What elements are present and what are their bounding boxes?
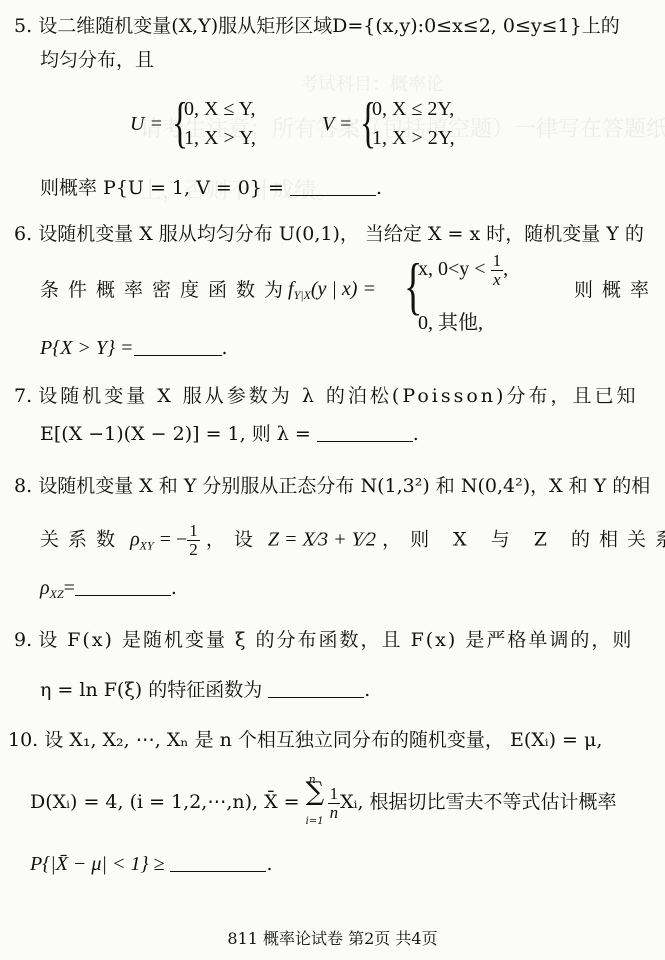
comma: ,: [503, 258, 508, 280]
question-10-line-1: 10. 设 X₁, X₂, ⋯, Xₙ 是 n 个相互独立同分布的随机变量， E…: [8, 728, 602, 752]
question-text: D(Xᵢ) = 4, (i = 1,2,⋯,n), X̄ =: [30, 791, 300, 813]
question-8-line-2: 关系数 ρXY = −12 ，设 Z = X∕3 + Y∕2 ，则 X 与 Z …: [40, 522, 665, 559]
numerator: 1: [187, 522, 200, 541]
denominator: 2: [187, 541, 200, 559]
denominator: x: [491, 271, 504, 289]
question-10-line-2: D(Xᵢ) = 4, (i = 1,2,⋯,n), X̄ = n ∑ i=1 1…: [30, 784, 617, 822]
question-text: 关系数: [40, 529, 124, 551]
period: .: [376, 177, 382, 199]
fraction: 1x: [491, 252, 504, 289]
question-7-line-2: E[(X −1)(X − 2)] = 1, 则 λ = .: [40, 422, 419, 446]
u-label: U =: [130, 113, 163, 136]
rho-symbol: ρ: [130, 529, 140, 551]
period: .: [266, 853, 272, 875]
fraction: 12: [187, 522, 200, 559]
question-text: 设随机变量 X 服从均匀分布 U(0,1)， 当给定 X = x 时，随机变量 …: [38, 223, 644, 245]
rho-value: = −: [160, 529, 188, 551]
question-8-line-1: 8. 设随机变量 X 和 Y 分别服从正态分布 N(1,3²) 和 N(0,4²…: [14, 474, 650, 498]
question-text: 均匀分布，且: [40, 49, 154, 71]
question-5-line-2: 均匀分布，且: [40, 48, 154, 72]
summation: n ∑ i=1: [306, 784, 328, 808]
question-7-line-1: 7. 设随机变量 X 服从参数为 λ 的泊松(Poisson)分布，且已知: [14, 384, 638, 408]
question-number: 7.: [14, 385, 32, 407]
answer-blank[interactable]: [75, 577, 171, 596]
question-text: η = ln F(ξ) 的特征函数为: [40, 679, 262, 701]
numerator: 1: [491, 252, 504, 271]
func-arg: (y | x) =: [311, 278, 376, 300]
question-text: Xᵢ, 根据切比雪夫不等式估计概率: [340, 791, 616, 813]
question-number: 5.: [14, 15, 32, 37]
question-number: 10.: [8, 729, 38, 751]
page-footer: 811 概率论试卷 第2页 共4页: [0, 926, 665, 949]
period: .: [222, 337, 228, 359]
question-9-line-1: 9. 设 F(x) 是随机变量 ξ 的分布函数，且 F(x) 是严格单调的，则: [14, 628, 633, 652]
u-case-0: 0, X ≤ Y,: [184, 98, 256, 121]
answer-blank[interactable]: [290, 177, 376, 196]
v-case-0: 0, X ≤ 2Y,: [372, 98, 454, 121]
question-text: ，则 X 与 Z 的相关系数: [382, 529, 665, 551]
question-5-ask: 则概率 P{U = 1, V = 0} = .: [40, 176, 382, 200]
density-case-1: 0, 其他,: [418, 306, 483, 335]
question-6-line-2: 条件概率密度函数为: [40, 278, 292, 302]
question-text: E[(X −1)(X − 2)] = 1, 则 λ =: [40, 423, 311, 445]
sum-icon: ∑: [306, 780, 325, 804]
rho-subscript: XZ: [50, 587, 64, 601]
question-number: 9.: [14, 629, 32, 651]
fraction: 1n: [328, 785, 341, 822]
rho-subscript: XY: [140, 539, 154, 553]
question-text: 则概率: [574, 279, 658, 301]
v-case-1: 1, X > 2Y,: [372, 127, 455, 150]
question-text: 设二维随机变量(X,Y)服从矩形区域D={(x,y):0≤x≤2, 0≤y≤1}…: [38, 15, 620, 37]
answer-blank[interactable]: [268, 679, 364, 698]
answer-blank[interactable]: [170, 853, 266, 872]
sum-lower: i=1: [306, 810, 324, 834]
z-expression: Z = X∕3 + Y∕2: [268, 529, 376, 551]
question-9-line-2: η = ln F(ξ) 的特征函数为 .: [40, 678, 370, 702]
answer-blank[interactable]: [134, 337, 222, 356]
func-subscript: Y|X: [294, 288, 311, 302]
v-label: V =: [322, 113, 352, 136]
u-case-1: 1, X > Y,: [184, 127, 256, 150]
question-text: 条件概率密度函数为: [40, 279, 292, 301]
question-text: 设随机变量 X 服从参数为 λ 的泊松(Poisson)分布，且已知: [38, 385, 638, 407]
question-10-ask: P{|X̄ − μ| < 1} ≥ .: [30, 852, 273, 876]
answer-blank[interactable]: [317, 423, 413, 442]
question-number: 8.: [14, 475, 32, 497]
period: .: [171, 577, 177, 599]
equals: =: [64, 577, 75, 599]
numerator: 1: [328, 785, 341, 804]
question-text: 设 X₁, X₂, ⋯, Xₙ 是 n 个相互独立同分布的随机变量， E(Xᵢ)…: [44, 729, 602, 751]
period: .: [364, 679, 370, 701]
denominator: n: [328, 804, 341, 822]
question-8-ask: ρXZ=.: [40, 576, 177, 606]
ask-text: 则概率 P{U = 1, V = 0} =: [40, 177, 284, 199]
ask-text: P{|X̄ − μ| < 1} ≥: [30, 853, 164, 875]
density-case-0: x, 0<y < 1x,: [418, 252, 508, 289]
rho-symbol: ρ: [40, 577, 50, 599]
ask-text: P{X > Y} =: [40, 337, 134, 359]
question-number: 6.: [14, 223, 32, 245]
question-text: 设随机变量 X 和 Y 分别服从正态分布 N(1,3²) 和 N(0,4²)，X…: [38, 475, 650, 497]
conditional-density: fY|X(y | x) =: [288, 278, 376, 303]
question-6-ask: P{X > Y} =.: [40, 336, 228, 360]
question-5-line-1: 5. 设二维随机变量(X,Y)服从矩形区域D={(x,y):0≤x≤2, 0≤y…: [14, 14, 620, 38]
period: .: [413, 423, 419, 445]
question-text: 设 F(x) 是随机变量 ξ 的分布函数，且 F(x) 是严格单调的，则: [38, 629, 633, 651]
question-6-line-2-suffix: 则概率: [574, 278, 658, 302]
question-text: ，设: [206, 529, 262, 551]
case-text: x, 0<y <: [418, 258, 486, 280]
question-6-line-1: 6. 设随机变量 X 服从均匀分布 U(0,1)， 当给定 X = x 时，随机…: [14, 222, 644, 246]
